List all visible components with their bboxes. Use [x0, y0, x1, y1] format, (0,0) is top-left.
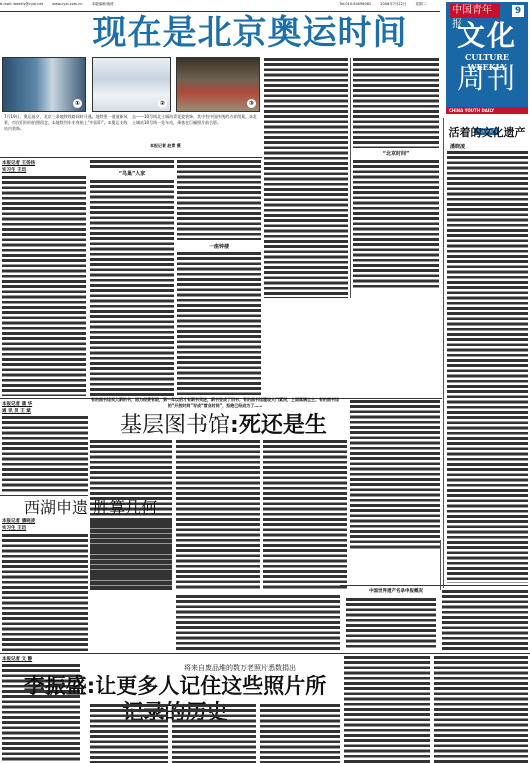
feature-column-2a: 7月21日，一群外国鸟爸爸在北京街头……“I love English, bec… — [90, 160, 174, 168]
subhead-beijing-time: “北京时间” — [353, 150, 439, 158]
westlake-column-1: 杭州西湖将于2009年1月正式申报……申遗的胜算究竟有几何？ — [2, 534, 88, 652]
feature-column-2b: 7月21日，一群外国鸟爸爸在北京街头……“I love English, bec… — [90, 180, 174, 396]
divider — [0, 653, 530, 654]
divider — [0, 495, 88, 496]
photo-caption-right: 去——10号线北土城站青花瓷装饰，其中有中国传统的吉祥图案。③北土城站10号线一… — [132, 114, 260, 144]
header-website: www.cyol.com.cn — [52, 0, 82, 8]
feature-column-3b: 7月21日，一群外国鸟爸爸在北京街头……“I love English, bec… — [177, 252, 261, 396]
divider — [340, 585, 528, 586]
header-weekday: 星期二 — [416, 0, 427, 8]
section-title-top: 文化 — [448, 20, 526, 52]
sidebar-divider — [443, 118, 444, 588]
photo-credit: 本报记者 赵青 摄 — [150, 143, 260, 149]
sidebar-column-tail: 越来越多的人开始关注非物质文化遗产，“活态保护”成为关键……传统技艺需要在生活中… — [442, 590, 528, 650]
photo-history-byline: 本报记者 文 静 — [2, 656, 52, 663]
heritage-box-title: 中国世界遗产名录申报概况 — [346, 588, 446, 595]
westlake-byline-2: 实习生 王迅 — [2, 525, 52, 532]
brand-logo: 中国青年报 — [450, 4, 500, 18]
page-header-bar: b-mail: weekly@cyol.net www.cyol.com.cn … — [0, 0, 440, 12]
library-byline-1: 本报记者 蒲 华 — [2, 401, 52, 408]
sidebar-title: 活着的文化遗产 — [446, 126, 528, 140]
feature-column-6b: 7月21日，一群外国鸟爸爸在北京街头……“I love English, bec… — [353, 160, 439, 290]
section-title-bottom: 周刊 — [448, 62, 526, 96]
feature-byline-1: 本报记者 王扬扬 — [2, 160, 52, 167]
photo-number: ② — [158, 99, 167, 108]
feature-column-6a: 7月21日，一群外国鸟爸爸在北京街头……“I love English, bec… — [353, 58, 439, 148]
masthead: 中国青年报 9 文化 CULTURE WEEKLY 周刊 CHINA YOUTH… — [446, 2, 528, 114]
photo-history-column-2: 在一个收藏家……一段段被遗忘的历史被重新发现，这些照片记录了普通人的生活。 — [90, 704, 168, 763]
divider — [0, 157, 262, 158]
photo-history-deck: 将来自废品堆的数万老照片悉数捐出 — [120, 663, 360, 673]
sidebar-body: 越来越多的人开始关注非物质文化遗产，“活态保护”成为关键……传统技艺需要在生活中… — [447, 151, 528, 583]
photo-number: ③ — [247, 99, 256, 108]
photo-history-column-3: 在一个收藏家……一段段被遗忘的历史被重新发现，这些照片记录了普通人的生活。 — [172, 704, 256, 763]
photo-history-column-5: 在一个收藏家……一段段被遗忘的历史被重新发现，这些照片记录了普通人的生活。 — [344, 656, 430, 763]
box-divider — [440, 540, 441, 590]
library-column-tail: “从前的图书馆在哪儿……”7月21日，记者在采访中了解到，基层图书馆的现状不容乐… — [176, 595, 340, 650]
library-headline-a: 基层图书馆 — [120, 413, 230, 438]
feature-column-1: 7月21日，一群外国鸟爸爸在北京街头……“I love English, bec… — [2, 176, 86, 396]
photo-history-column-4: 在一个收藏家……一段段被遗忘的历史被重新发现，这些照片记录了普通人的生活。 — [260, 704, 340, 763]
header-date: 2008年7月22日 — [380, 0, 406, 8]
photo-number: ① — [73, 99, 82, 108]
westlake-column-2: 杭州西湖将于2009年1月正式申报……申遗的胜算究竟有几何？ — [90, 520, 172, 590]
photo-history-column-6: 在一个收藏家……一段段被遗忘的历史被重新发现，这些照片记录了普通人的生活。 — [434, 656, 528, 763]
feature-column-5: 7月21日，一群外国鸟爸爸在北京街头……“I love English, bec… — [264, 58, 348, 298]
library-headline: 基层图书馆:死还是生 — [120, 413, 360, 439]
header-tel: Tel:010-64098081 — [340, 0, 372, 8]
photo-1: ① — [2, 57, 86, 112]
photo-history-headline-a: 李振盛 — [24, 674, 87, 698]
photo-history-headline-sep: : — [87, 674, 95, 698]
library-column-1: “从前的图书馆在哪儿……”7月21日，记者在采访中了解到，基层图书馆的现状不容乐… — [2, 416, 88, 492]
feature-headline: 现在是北京奥运时间 — [70, 12, 430, 54]
column-divider — [350, 58, 351, 298]
library-column-4: “从前的图书馆在哪儿……”7月21日，记者在采访中了解到，基层图书馆的现状不容乐… — [263, 440, 347, 590]
sidebar-byline: 潘晓凌 — [450, 143, 465, 150]
subhead-bird-nest: “鸟巢”人家 — [90, 170, 174, 178]
feature-column-3a: 7月21日，一群外国鸟爸爸在北京街头……“I love English, bec… — [177, 160, 261, 240]
subhead-clock-tower: 一座钟楼 — [177, 243, 261, 251]
heritage-box-body: 中国世界遗产名录申报概况 — [346, 598, 436, 648]
library-column-5: “从前的图书馆在哪儿……”7月21日，记者在采访中了解到，基层图书馆的现状不容乐… — [350, 400, 440, 550]
library-byline-2: 通 讯 员 王 斌 — [2, 408, 52, 415]
library-deck: 有的图书馆买入新的书，因为经费有限，第一年以后才有新书买进，新书变成了旧书；有的… — [90, 397, 340, 409]
photo-2: ② — [92, 57, 171, 112]
header-editor: 本版编辑/值班 — [92, 0, 114, 8]
photo-caption-left: 7月19日，奥运前夕，北京三条地铁线路同时开通。地铁里一道道新风景，市民们纷纷拍… — [4, 114, 130, 154]
header-email: b-mail: weekly@cyol.net — [0, 0, 43, 8]
library-headline-sep: : — [230, 413, 239, 438]
masthead-strip: CHINA YOUTH DAILY — [446, 107, 528, 114]
westlake-headline: 西湖申遗 胜算几何 — [24, 498, 224, 518]
feature-byline-2: 实习生 王迅 — [2, 167, 52, 174]
page-number: 9 — [512, 5, 524, 17]
westlake-byline-1: 本报记者 潘晓凌 — [2, 518, 52, 525]
library-headline-b: 死还是生 — [239, 413, 327, 438]
photo-3: ③ — [176, 57, 260, 112]
